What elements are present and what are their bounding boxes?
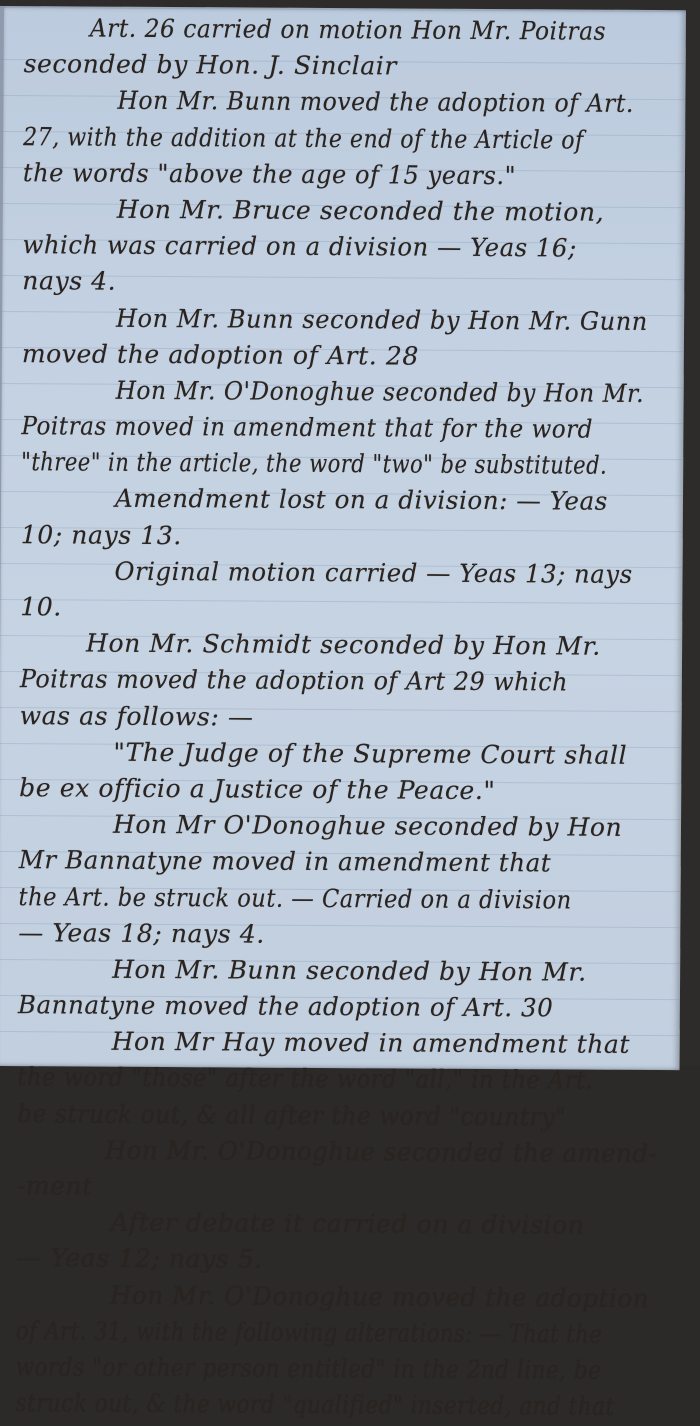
- manuscript-line: — Yeas 18; nays 4.: [0, 915, 680, 955]
- manuscript-line-text: nays 4.: [22, 263, 116, 300]
- manuscript-line-text: Hon Mr. Bruce seconded the motion,: [117, 192, 605, 231]
- manuscript-line: Amendment lost on a division: — Yeas: [0, 480, 683, 520]
- manuscript-line-text: Hon Mr. Bunn seconded by Hon Mr. Gunn: [116, 300, 648, 339]
- manuscript-line-text: Poitras moved in amendment that for the …: [21, 408, 593, 447]
- manuscript-line: 10; nays 13.: [0, 517, 683, 557]
- manuscript-line: was as follows: —: [0, 698, 682, 738]
- manuscript-page: Art. 26 carried on motion Hon Mr. Poitra…: [0, 6, 686, 1066]
- manuscript-line: Art. 26 carried on motion Hon Mr. Poitra…: [0, 10, 686, 50]
- manuscript-line-text: Poitras moved the adoption of Art 29 whi…: [20, 662, 568, 701]
- manuscript-line: Hon Mr. Bunn seconded by Hon Mr. Gunn: [0, 299, 684, 339]
- manuscript-line-text: Art. 26 carried on motion Hon Mr. Poitra…: [90, 11, 606, 50]
- manuscript-line: Hon Mr. Bunn seconded by Hon Mr.: [0, 951, 680, 991]
- photo-frame: Art. 26 carried on motion Hon Mr. Poitra…: [0, 0, 700, 1066]
- manuscript-line-text: Bannatyne moved the adoption of Art. 30: [18, 987, 554, 1026]
- manuscript-line-text: Hon Mr. Bunn moved the adoption of Art.: [117, 83, 634, 122]
- manuscript-line: Poitras moved in amendment that for the …: [0, 408, 684, 448]
- manuscript-line-text: — Yeas 18; nays 4.: [18, 915, 265, 953]
- manuscript-line-text: 10; nays 13.: [21, 517, 182, 554]
- manuscript-line-text: Hon Mr O'Donoghue seconded by Hon: [113, 807, 623, 846]
- manuscript-line: Original motion carried — Yeas 13; nays: [0, 553, 683, 593]
- manuscript-line: "three" in the article, the word "two" b…: [0, 444, 683, 484]
- manuscript-line: the Art. be struck out. — Carried on a d…: [0, 878, 681, 918]
- manuscript-line: Hon Mr. O'Donoghue seconded by Hon Mr.: [0, 372, 684, 412]
- manuscript-line-text: which was carried on a division — Yeas 1…: [22, 227, 576, 266]
- manuscript-line-text: Hon Mr. Bunn seconded by Hon Mr.: [112, 952, 587, 991]
- manuscript-line-text: 27, with the addition at the end of the …: [23, 119, 584, 158]
- manuscript-line-text: Mr Bannatyne moved in amendment that: [19, 842, 552, 881]
- manuscript-line-text: moved the adoption of Art. 28: [22, 336, 419, 374]
- manuscript-line: Hon Mr O'Donoghue seconded by Hon: [0, 806, 681, 846]
- handwritten-text: Art. 26 carried on motion Hon Mr. Poitra…: [0, 10, 686, 1066]
- manuscript-line: seconded by Hon. J. Sinclair: [0, 46, 686, 86]
- manuscript-line: 27, with the addition at the end of the …: [0, 119, 685, 159]
- manuscript-line-text: "three" in the article, the word "two" b…: [21, 444, 607, 484]
- manuscript-line: moved the adoption of Art. 28: [0, 336, 684, 376]
- manuscript-line-text: "The Judge of the Supreme Court shall: [113, 734, 627, 773]
- manuscript-line: Bannatyne moved the adoption of Art. 30: [0, 987, 680, 1027]
- manuscript-line: Hon Mr. Bunn moved the adoption of Art.: [0, 82, 686, 122]
- manuscript-line-text: be ex officio a Justice of the Peace.": [19, 770, 496, 809]
- manuscript-line: "The Judge of the Supreme Court shall: [0, 734, 682, 774]
- manuscript-line: 10.: [0, 589, 682, 629]
- manuscript-line: Poitras moved the adoption of Art 29 whi…: [0, 661, 682, 701]
- manuscript-line: which was carried on a division — Yeas 1…: [0, 227, 685, 267]
- manuscript-line: Hon Mr. Bruce seconded the motion,: [0, 191, 685, 231]
- manuscript-line: Mr Bannatyne moved in amendment that: [0, 842, 681, 882]
- manuscript-line-text: Amendment lost on a division: — Yeas: [115, 481, 608, 520]
- manuscript-line: the words "above the age of 15 years.": [0, 155, 685, 195]
- manuscript-line-text: Hon Mr. Schmidt seconded by Hon Mr.: [86, 626, 601, 665]
- manuscript-line-text: was as follows: —: [20, 698, 254, 735]
- manuscript-line-text: the words "above the age of 15 years.": [23, 155, 516, 194]
- manuscript-line-text: the Art. be struck out. — Carried on a d…: [18, 879, 571, 918]
- manuscript-line-text: seconded by Hon. J. Sinclair: [24, 46, 398, 84]
- manuscript-line: Hon Mr Hay moved in amendment that: [0, 1023, 680, 1063]
- manuscript-line-text: Hon Mr Hay moved in amendment that: [112, 1024, 631, 1063]
- manuscript-line-text: 10.: [20, 589, 62, 625]
- manuscript-line: be ex officio a Justice of the Peace.": [0, 770, 681, 810]
- manuscript-line: Hon Mr. Schmidt seconded by Hon Mr.: [0, 625, 682, 665]
- manuscript-line: nays 4.: [0, 263, 684, 303]
- manuscript-line-text: Original motion carried — Yeas 13; nays: [114, 554, 632, 593]
- manuscript-line-text: Hon Mr. O'Donoghue seconded by Hon Mr.: [116, 373, 645, 412]
